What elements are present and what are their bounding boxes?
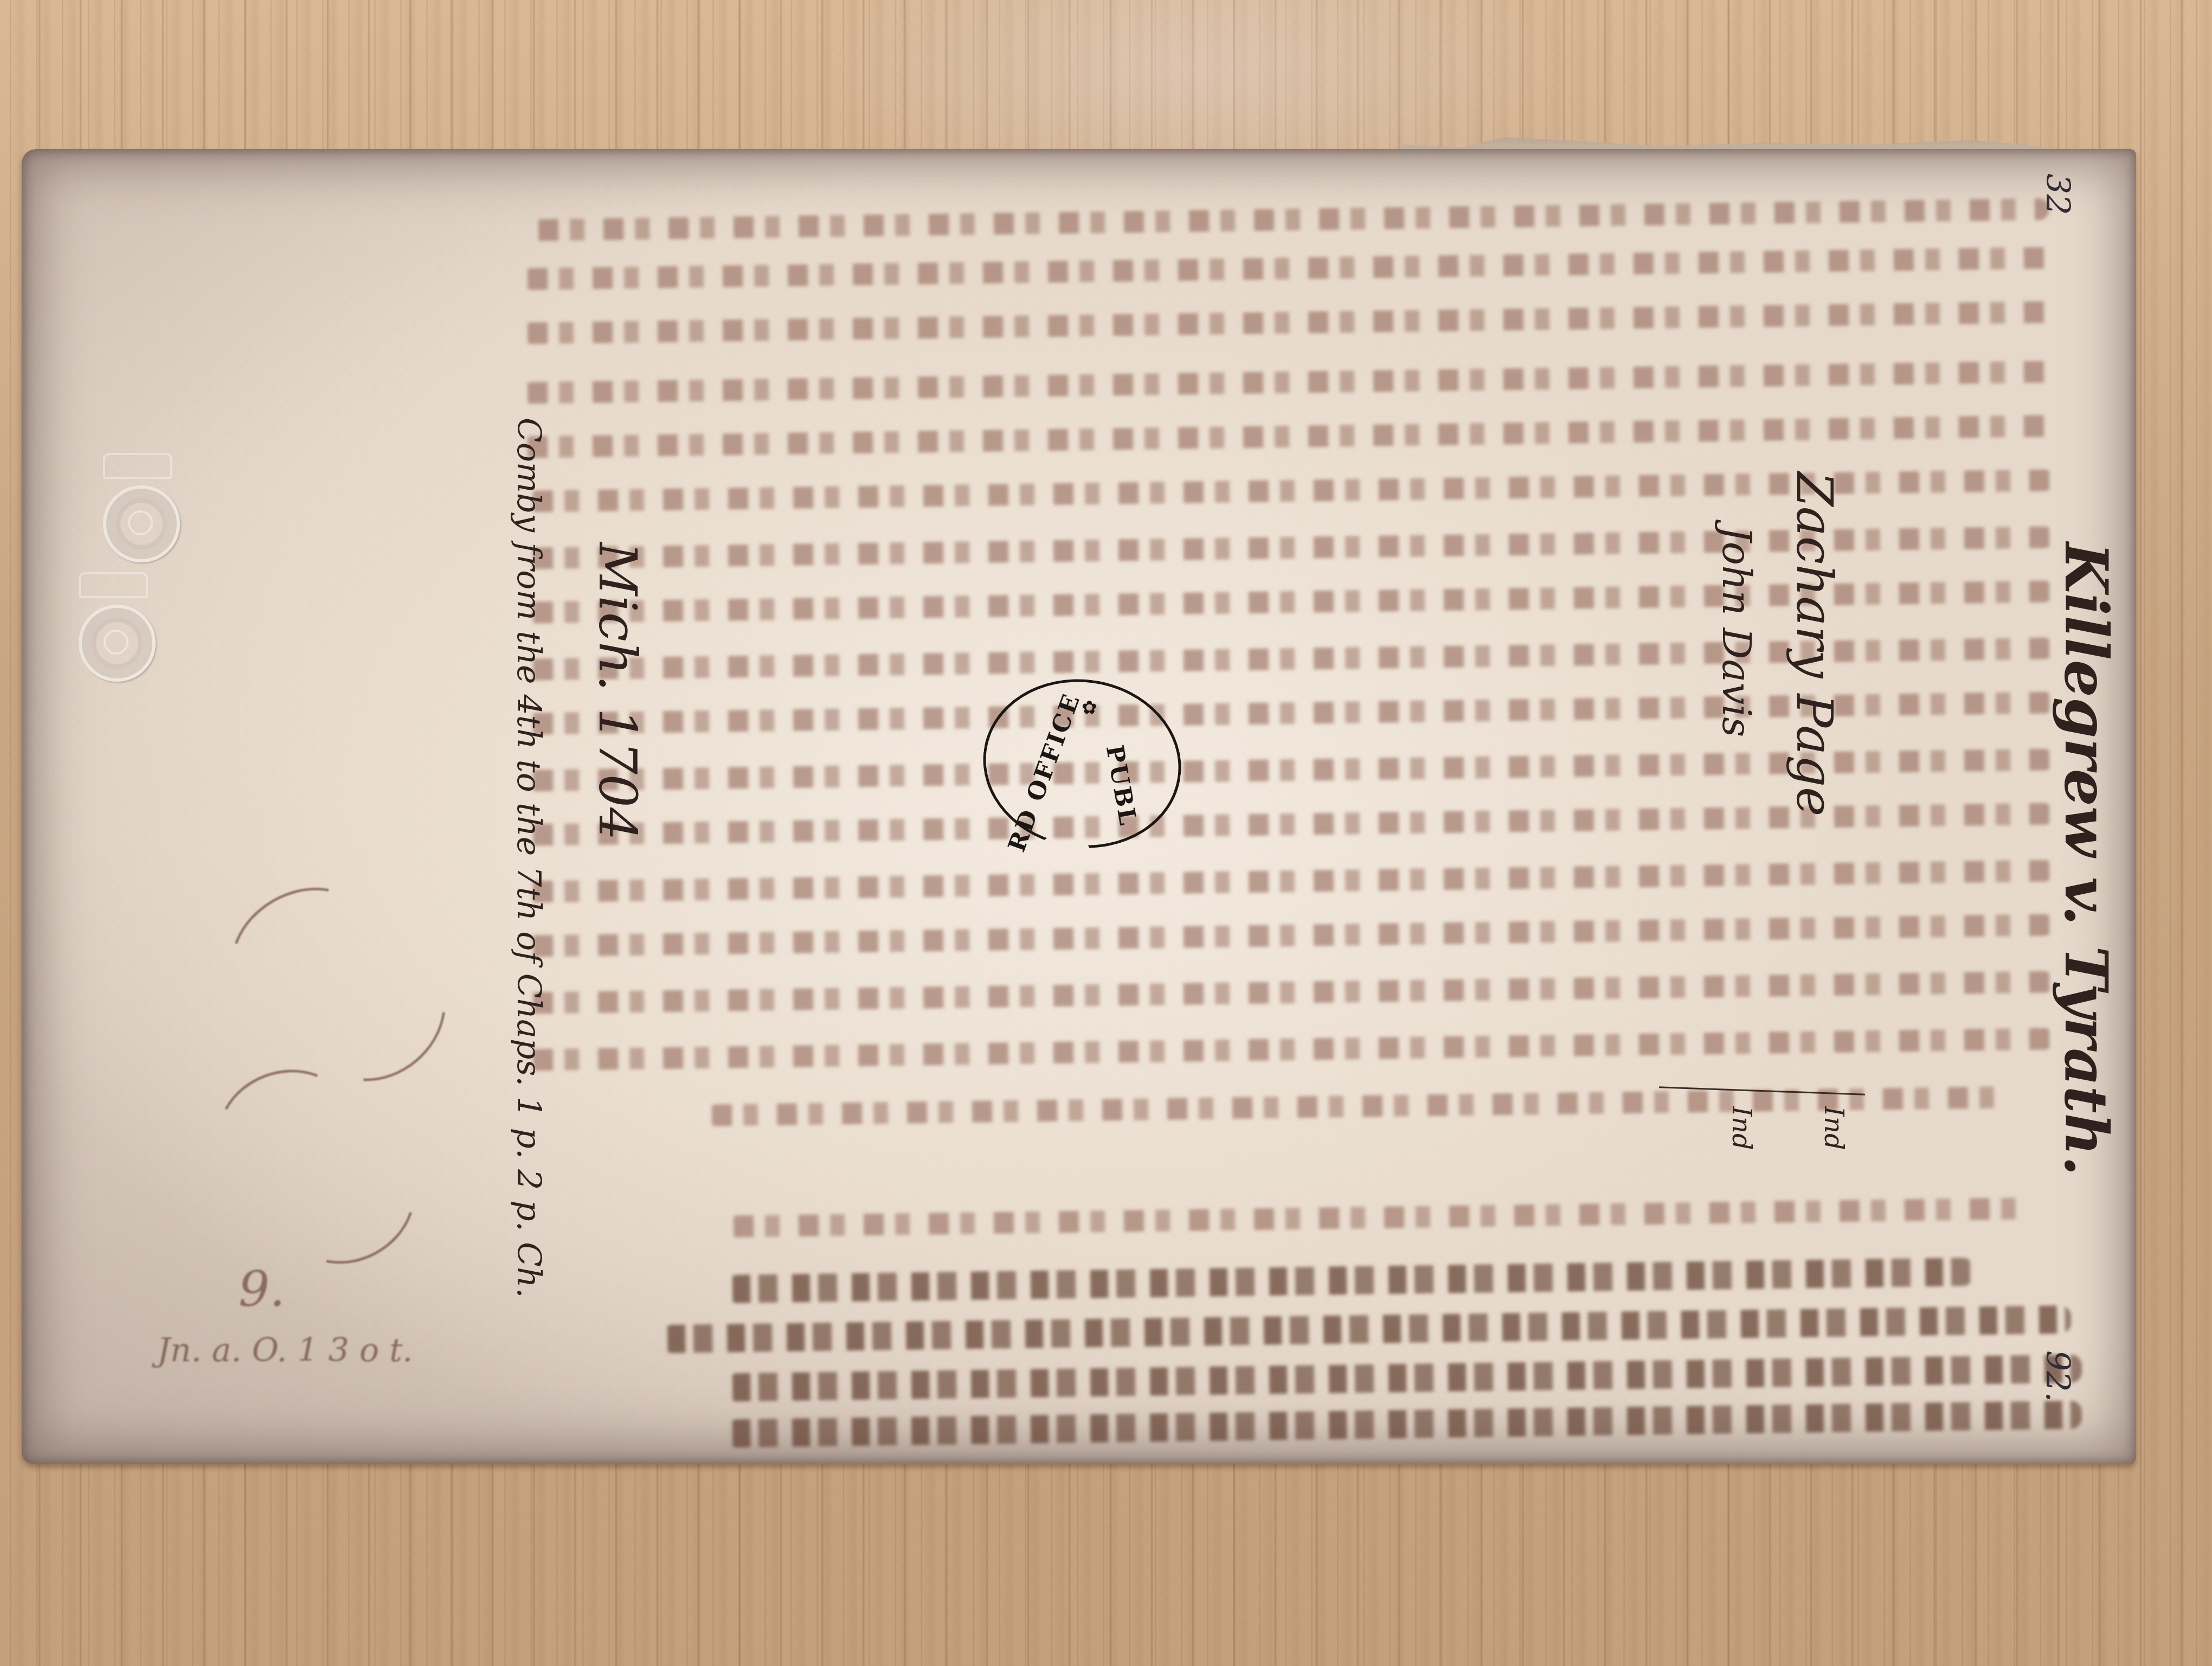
embossed-rose-icon [79,605,156,682]
party-2-name: John Davis [1714,526,1759,737]
note-endorsement: Comby from the 4th to the 7th of Chaps. … [510,418,548,1298]
offset-mark-line-1: 9. [239,1261,285,1318]
case-title-endorsement: Killegrew v. Tyrath. [2052,542,2120,1176]
folio-number-top: 32 [2039,174,2076,215]
folio-number-bottom: 92. [2039,1350,2076,1402]
embossed-crown-icon [103,453,172,479]
embossed-crown-icon [79,572,148,598]
party-2-suffix: Ind [1726,1106,1757,1150]
offset-mark-line-2: Jn. a. O. 1 3 o t. [157,1331,413,1369]
term-endorsement: Mich. 1704 [587,542,648,841]
party-1-suffix: Ind [1818,1106,1849,1150]
party-1-name: Zachary Page [1785,472,1843,817]
stamp-rosette-icon: ✿ [1082,697,1097,719]
embossed-rose-icon [103,485,180,562]
